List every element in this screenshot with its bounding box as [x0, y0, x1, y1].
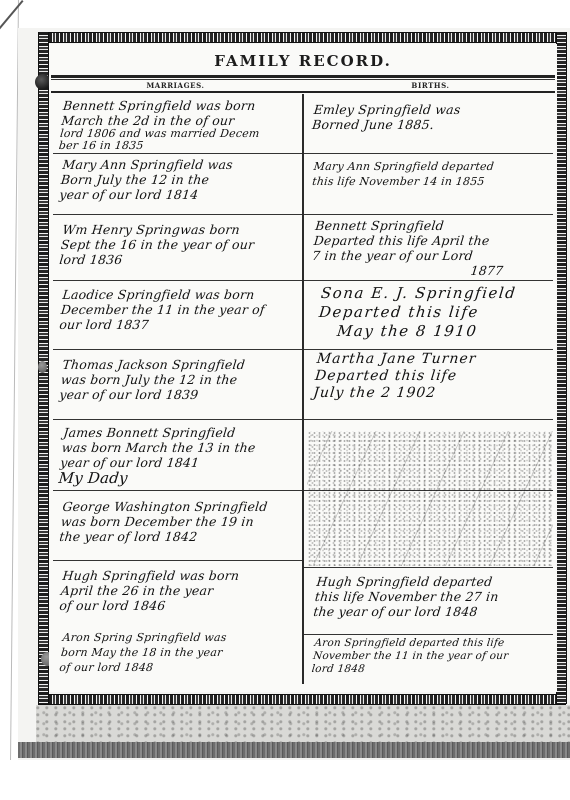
column-header-births: BIRTHS. — [304, 81, 557, 90]
entry-line: Mary Ann Springfield departed — [313, 159, 495, 174]
entry-line: Borned June 1885. — [311, 117, 459, 132]
row-divider — [304, 153, 553, 154]
row-divider — [53, 560, 302, 561]
entry-line: April the 26 in the year — [60, 583, 238, 598]
entry-line: of our lord 1846 — [59, 598, 237, 613]
ornamental-border-top — [38, 32, 566, 43]
birth-entry: Martha Jane Turner Departed this life Ju… — [312, 351, 477, 402]
row-divider — [304, 280, 553, 281]
marriage-entry: Laodice Springfield was born December th… — [59, 287, 268, 332]
row-divider — [304, 567, 553, 568]
entry-line: year of our lord 1839 — [59, 387, 243, 402]
entry-line: December the 11 in the year of — [60, 302, 265, 317]
row-divider — [53, 214, 302, 215]
entry-line: Hugh Springfield was born — [62, 568, 240, 583]
entry-line: the year of our lord 1848 — [313, 604, 498, 619]
entry-line: of our lord 1848 — [59, 660, 225, 675]
ornamental-border-right — [556, 32, 567, 704]
row-divider — [53, 153, 302, 154]
entry-line: Bennett Springfield — [315, 218, 509, 233]
entry-line: Sept the 16 in the year of our — [60, 237, 255, 252]
birth-entry: Bennett Springfield Departed this life A… — [310, 218, 509, 278]
marriage-entry: Thomas Jackson Springfield was born July… — [59, 357, 246, 402]
entry-line: Hugh Springfield departed — [316, 574, 501, 589]
punch-hole-icon — [38, 361, 47, 373]
marriage-entry: Aron Spring Springfield was born May the… — [59, 630, 228, 675]
entry-line: Born July the 12 in the — [60, 172, 232, 187]
entry-line: Bennett Springfield was born — [62, 98, 263, 113]
entry-line: born May the 18 in the year — [60, 645, 226, 660]
entry-line: was born December the 19 in — [60, 514, 267, 529]
entry-line: July the 2 1902 — [312, 385, 473, 402]
row-divider — [53, 419, 302, 420]
marriage-entry: Mary Ann Springfield was Born July the 1… — [59, 157, 234, 202]
entry-line: Laodice Springfield was born — [62, 287, 267, 302]
row-divider — [53, 490, 302, 491]
ornamental-border-bottom — [38, 694, 566, 705]
column-divider — [302, 94, 304, 684]
entry-line: My Dady — [58, 470, 254, 487]
row-divider — [53, 349, 302, 350]
entry-line: this life November 14 in 1855 — [311, 174, 493, 189]
entry-line: year of our lord 1814 — [59, 187, 231, 202]
entry-line: Departed this life April the — [313, 233, 507, 248]
page-edge-shadow — [18, 742, 570, 758]
row-divider — [304, 214, 553, 215]
marriage-entry: Bennett Springfield was born March the 2… — [58, 98, 263, 152]
title-rule — [51, 75, 555, 78]
entry-line: March the 2d in the of our — [61, 113, 262, 128]
entry-line: Martha Jane Turner — [316, 351, 477, 368]
birth-entry: Emley Springfield was Borned June 1885. — [311, 102, 461, 132]
marriage-entry: Hugh Springfield was born April the 26 i… — [59, 568, 240, 613]
entry-line: lord 1848 — [311, 663, 508, 676]
entry-line: Wm Henry Springwas born — [62, 222, 257, 237]
marriage-entry: George Washington Springfield was born D… — [59, 499, 269, 544]
entry-line: this life November the 27 in — [314, 589, 499, 604]
marriage-entry: James Bonnett Springfield was born March… — [58, 425, 258, 487]
entry-line: was born July the 12 in the — [60, 372, 244, 387]
row-divider — [304, 634, 553, 635]
entry-line: lord 1836 — [59, 252, 254, 267]
row-divider — [304, 349, 553, 350]
marriage-entry: Wm Henry Springwas born Sept the 16 in t… — [59, 222, 257, 267]
entry-line: 7 in the year of our Lord — [311, 248, 505, 263]
birth-entry: Aron Springfield departed this life Nove… — [311, 637, 510, 676]
entry-line: Sona E. J. Springfield — [320, 284, 517, 303]
entry-line: May the 8 1910 — [316, 322, 513, 341]
entry-line: was born March the 13 in the — [61, 440, 256, 455]
blank-faded-area — [307, 431, 553, 566]
entry-line: James Bonnett Springfield — [63, 425, 258, 440]
entry-line: Departed this life — [318, 303, 515, 322]
entry-line: 1877 — [310, 263, 504, 278]
entry-line: ber 16 in 1835 — [58, 140, 259, 152]
title-rule-thin — [51, 79, 555, 80]
birth-entry: Mary Ann Springfield departed this life … — [311, 159, 494, 189]
birth-entry: Sona E. J. Springfield Departed this lif… — [316, 284, 517, 341]
entry-line: Aron Spring Springfield was — [62, 630, 228, 645]
entry-line: Mary Ann Springfield was — [62, 157, 234, 172]
entry-line: Thomas Jackson Springfield — [62, 357, 246, 372]
header-rule — [51, 91, 555, 93]
entry-line: Aron Springfield departed this life — [314, 637, 511, 650]
entry-line: our lord 1837 — [59, 317, 264, 332]
entry-line: George Washington Springfield — [62, 499, 269, 514]
entry-line: year of our lord 1841 — [60, 455, 255, 470]
entry-line: the year of lord 1842 — [59, 529, 266, 544]
entry-line: Emley Springfield was — [313, 102, 461, 117]
entry-line: Departed this life — [314, 368, 475, 385]
page-title: FAMILY RECORD. — [49, 52, 557, 70]
birth-entry: Hugh Springfield departed this life Nove… — [313, 574, 501, 619]
column-header-marriages: MARRIAGES. — [49, 81, 302, 90]
family-record-frame: FAMILY RECORD. MARRIAGES. BIRTHS. Bennet… — [49, 44, 557, 692]
entry-line: November the 11 in the year of our — [312, 650, 509, 663]
row-divider — [53, 280, 302, 281]
row-divider — [304, 419, 553, 420]
